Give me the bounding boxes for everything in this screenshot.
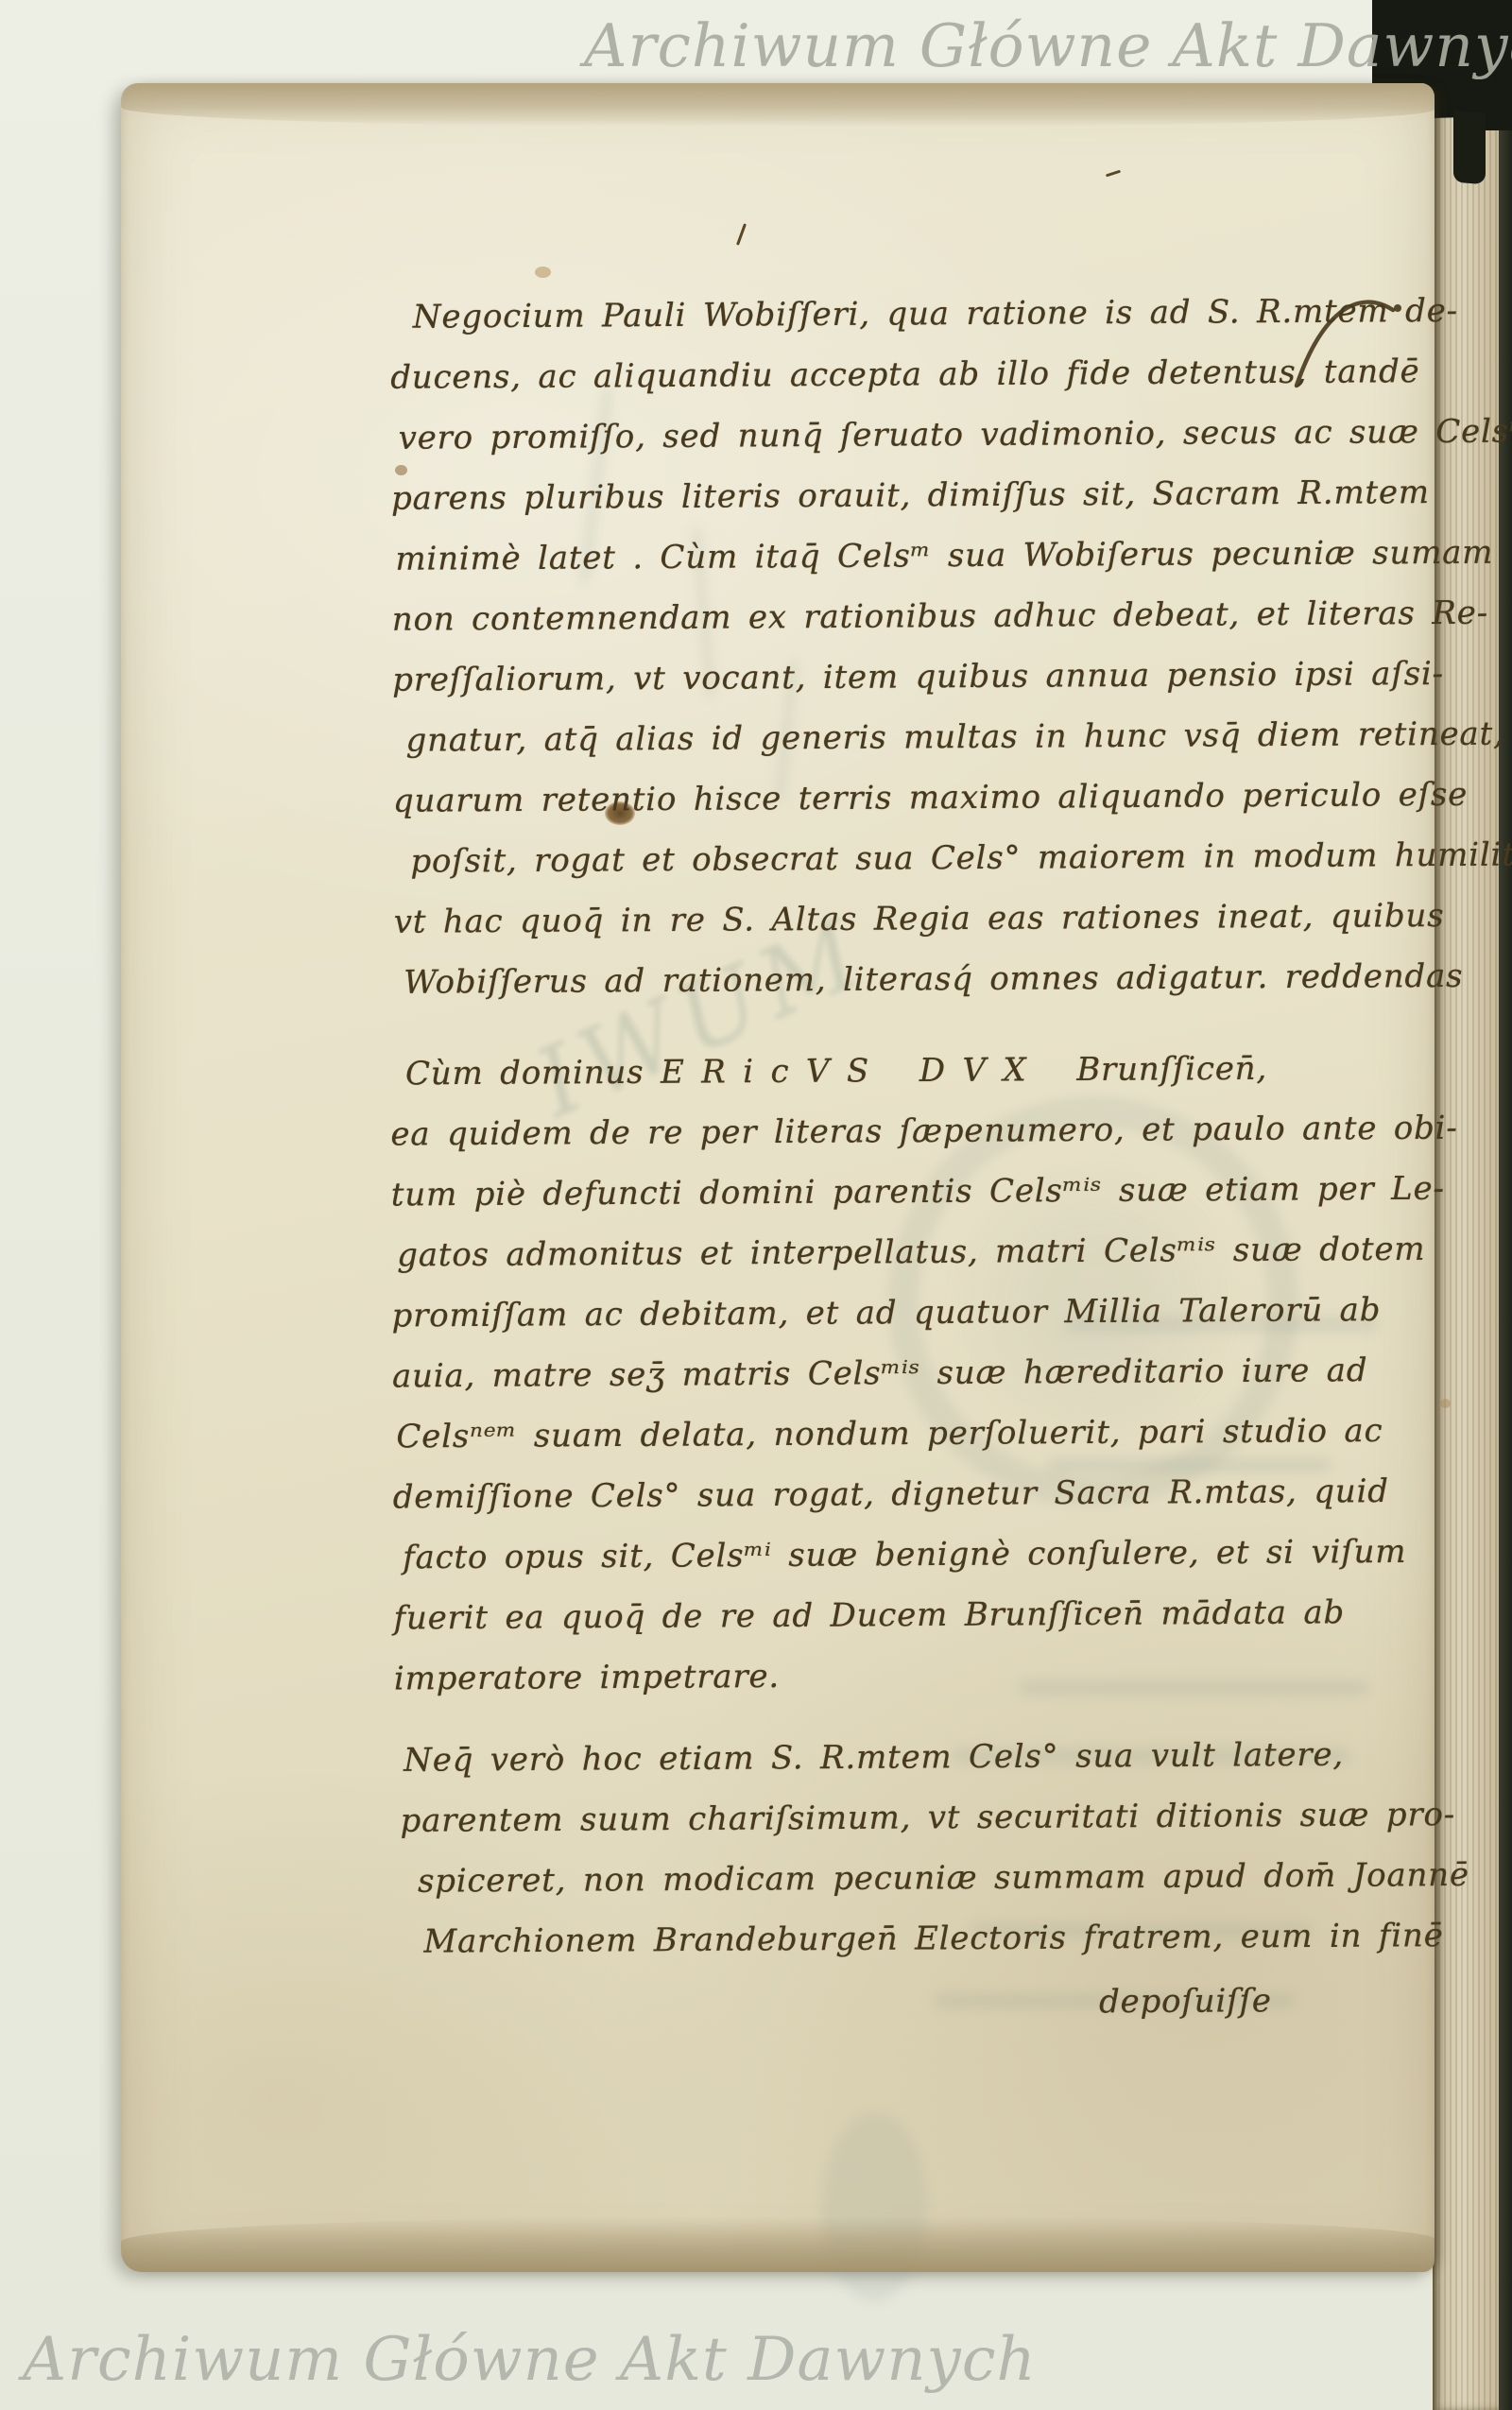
- manuscript-line: Wobiſſerus ad rationem, literasq́ omnes …: [404, 945, 1512, 1012]
- manuscript-line: fuerit ea quoq̄ de re ad Ducem Brunſſice…: [393, 1582, 1461, 1649]
- manuscript-line: promiſſam ac debitam, et ad quatuor Mill…: [391, 1280, 1459, 1347]
- paragraph-2: Cùm dominus E R i c V S D V X Brunſſicen…: [390, 1038, 1461, 1710]
- paragraph-3: Neq̄ verò hoc etiam S. R.mtem Cels° sua …: [404, 1725, 1272, 2037]
- manuscript-line: Celsⁿᵉᵐ suam delata, nondum perſoluerit,…: [396, 1401, 1460, 1468]
- manuscript-line: auia, matre seʒ̄ matris Celsᵐⁱˢ suæ hære…: [392, 1340, 1460, 1407]
- manuscript-line: ducens, ac aliquandiu accepta ab illo fi…: [390, 340, 1512, 408]
- manuscript-line: Negocium Pauli Wobiſſeri, qua ratione is…: [413, 280, 1512, 347]
- manuscript-line: parens pluribus literis orauit, dimiſſus…: [391, 461, 1512, 529]
- manuscript-line: demiſſione Cels° sua rogat, dignetur Sac…: [393, 1461, 1461, 1528]
- paper-stain: [535, 267, 551, 278]
- manuscript-line: parentem suum chariſsimum, vt securitati…: [400, 1785, 1270, 1851]
- manuscript-line: vero promiſſo, sed nunq̄ ſeruato vadimon…: [398, 401, 1512, 468]
- manuscript-line: vt hac quoq̄ in re S. Altas Regia eas ra…: [394, 885, 1512, 953]
- manuscript-line: facto opus sit, Celsᵐⁱ suæ benignè conſu…: [403, 1522, 1461, 1589]
- manuscript-line: spiceret, non modicam pecuniæ summam apu…: [418, 1846, 1271, 1912]
- manuscript-line: ea quidem de re per literas ſæpenumero, …: [390, 1098, 1458, 1165]
- archive-watermark-bottom: Archiwum Główne Akt Dawnych: [23, 2325, 1037, 2395]
- manuscript-line: tum piè defuncti domini parentis Celsᵐⁱˢ…: [391, 1159, 1459, 1226]
- manuscript-line: Marchionem Brandeburgen̄ Electoris fratr…: [423, 1906, 1271, 1971]
- manuscript-line: preſſaliorum, vt vocant, item quibus ann…: [392, 643, 1512, 711]
- paragraph-1: Negocium Pauli Wobiſſeri, qua ratione is…: [390, 280, 1512, 1013]
- manuscript-line: gatos admonitus et interpellatus, matri …: [397, 1219, 1459, 1286]
- manuscript-line: quarum retentio hisce terris maximo aliq…: [393, 764, 1512, 832]
- closing-word: depoſuiſſe: [405, 1971, 1272, 2037]
- manuscript-line: gnatur, atq̄ alias id generis multas in …: [405, 703, 1512, 770]
- black-mat-tab: [1453, 111, 1486, 185]
- manuscript-line: Neq̄ verò hoc etiam S. R.mtem Cels° sua …: [404, 1725, 1270, 1791]
- ink-bleedthrough: [822, 2113, 926, 2302]
- pen-tick-mark: [736, 223, 747, 246]
- manuscript-line: minimè latet . Cùm itaq̄ Celsᵐ sua Wobiſ…: [395, 522, 1512, 590]
- archive-scan: IWUM Negocium Pauli Wobiſſeri, qua ratio…: [0, 0, 1512, 2410]
- manuscript-line: poſsit, rogat et obsecrat sua Cels° maio…: [410, 824, 1512, 891]
- manuscript-page: IWUM Negocium Pauli Wobiſſeri, qua ratio…: [121, 83, 1435, 2272]
- manuscript-line: non contemnendam ex rationibus adhuc deb…: [392, 582, 1512, 650]
- pen-tick-mark: [1106, 170, 1121, 178]
- manuscript-line: Cùm dominus E R i c V S D V X Brunſſicen…: [405, 1038, 1458, 1105]
- manuscript-line: imperatore impetrare.: [394, 1643, 1462, 1710]
